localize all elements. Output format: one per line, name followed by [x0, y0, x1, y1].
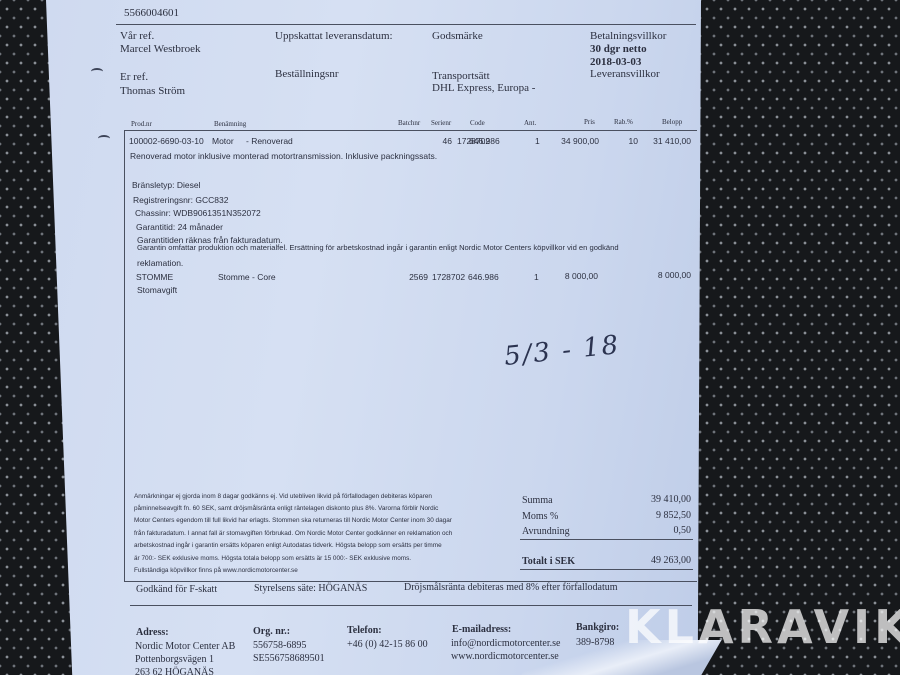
due-date: 2018-03-03: [590, 56, 641, 68]
totalt-label: Totalt i SEK: [522, 556, 575, 567]
totalt-value: 49 263,00: [626, 555, 691, 566]
terms-line: är 700:- SEK exklusive moms. Högsta tota…: [134, 555, 411, 562]
row-code: 646.986: [469, 136, 500, 146]
row-prodnr: 100002-6690-03-10: [129, 136, 204, 146]
col-belopp: Belopp: [662, 118, 682, 126]
row-benamning: Motor: [212, 136, 234, 146]
customer-number: 5566004601: [124, 7, 179, 19]
row-note: Renoverad motor inklusive monterad motor…: [130, 151, 437, 161]
row-belopp: 8 000,00: [636, 270, 691, 280]
moms-label: Moms %: [522, 511, 558, 522]
drojsmalsranta-text: Dröjsmålsränta debiteras med 8% efter fö…: [404, 582, 618, 593]
row-benamning: Stomme - Core: [218, 272, 276, 282]
telefon-value: +46 (0) 42-15 86 00: [347, 639, 428, 650]
row-note: Registreringsnr: GCC832: [133, 195, 228, 205]
transportsatt-value: DHL Express, Europa -: [432, 82, 535, 94]
row-pris: 34 900,00: [546, 136, 599, 146]
er-ref-label: Er ref.: [120, 71, 148, 83]
godsmarke-label: Godsmärke: [432, 30, 483, 42]
er-ref-value: Thomas Ström: [120, 85, 185, 97]
col-ant: Ant.: [524, 119, 536, 127]
terms-line: Motor Centers egendom till full likvid h…: [134, 517, 452, 524]
company-street: Pottenborgsvägen 1: [135, 654, 214, 665]
terms-line: påminnelseavgift fn. 60 SEK, samt dröjsm…: [134, 505, 438, 512]
invoice-paper: 5566004601 Vår ref. Marcel Westbroek Er …: [46, 0, 701, 675]
row-note: Chassinr: WDB9061351N352072: [135, 208, 261, 218]
totals-divider: [520, 569, 693, 570]
leveransdatum-label: Uppskattat leveransdatum:: [275, 30, 393, 42]
row-rab: 10: [616, 136, 638, 146]
totals-divider: [520, 539, 693, 540]
col-serienr: Serienr: [431, 119, 451, 127]
styrelsens-sate: Styrelsens säte: HÖGANÄS: [254, 583, 367, 594]
terms-line: från fakturadatum. I annat fall är stoma…: [134, 530, 452, 537]
telefon-label: Telefon:: [347, 625, 382, 636]
betalningsvillkor-value: 30 dgr netto: [590, 43, 647, 55]
avrundning-label: Avrundning: [522, 526, 570, 537]
email-label: E-mailadress:: [452, 624, 511, 635]
col-pris: Pris: [584, 118, 595, 126]
company-name: Nordic Motor Center AB: [135, 641, 235, 652]
moms-value: 9 852,50: [626, 510, 691, 521]
leveransvillkor-label: Leveransvillkor: [590, 68, 660, 80]
col-benamning: Benämning: [214, 120, 246, 128]
orgnr-value: 556758-6895: [253, 640, 306, 651]
summa-value: 39 410,00: [626, 494, 691, 505]
row-serienr: 1728702: [432, 272, 465, 282]
col-prodnr: Prod.nr: [131, 120, 152, 128]
row-note: Bränsletyp: Diesel: [132, 180, 201, 190]
terms-line: Anmärkningar ej gjorda inom 8 dagar godk…: [134, 493, 432, 500]
punch-hole-mark: [98, 135, 110, 142]
row-note: Garantitid: 24 månader: [136, 222, 223, 232]
var-ref-value: Marcel Westbroek: [120, 43, 200, 55]
row-ant: 1: [534, 272, 539, 282]
avrundning-value: 0,50: [626, 525, 691, 536]
punch-hole-mark: [91, 68, 103, 75]
row-prodnr: STOMME: [136, 272, 173, 282]
row-belopp: 31 410,00: [636, 136, 691, 146]
terms-line: Fullständiga köpvillkor finns på www.nor…: [134, 567, 298, 574]
col-batchnr: Batchnr: [398, 119, 420, 127]
bestallningsnr-label: Beställningsnr: [275, 68, 339, 80]
row-code: 646.986: [468, 272, 499, 282]
footer-divider: [130, 605, 692, 606]
row-batchnr: 46: [426, 136, 452, 146]
fskatt-text: Godkänd för F-skatt: [136, 584, 217, 595]
row-note: Garantin omfattar produktion och materia…: [137, 243, 619, 252]
watermark-logo: KLARAVIK: [625, 600, 900, 654]
row-variant: - Renoverad: [246, 136, 293, 146]
vatnr-value: SE556758689501: [253, 653, 325, 664]
row-note: reklamation.: [137, 258, 183, 268]
row-batchnr: 2569: [401, 272, 428, 282]
col-code: Code: [470, 119, 485, 127]
summa-label: Summa: [522, 495, 553, 506]
row-note: Stomavgift: [137, 285, 177, 295]
company-city: 263 62 HÖGANÄS: [135, 667, 214, 675]
var-ref-label: Vår ref.: [120, 30, 154, 42]
betalningsvillkor-label: Betalningsvillkor: [590, 30, 666, 42]
header-divider: [116, 24, 696, 25]
row-ant: 1: [535, 136, 540, 146]
row-pris: 8 000,00: [546, 271, 598, 281]
col-rab: Rab.%: [614, 118, 633, 126]
transportsatt-label: Transportsätt: [432, 70, 490, 82]
orgnr-label: Org. nr.:: [253, 626, 290, 637]
terms-line: arbetskostnad ingår i garantin ersätts k…: [134, 542, 442, 549]
bankgiro-label: Bankgiro:: [576, 622, 619, 633]
adress-label: Adress:: [136, 627, 169, 638]
